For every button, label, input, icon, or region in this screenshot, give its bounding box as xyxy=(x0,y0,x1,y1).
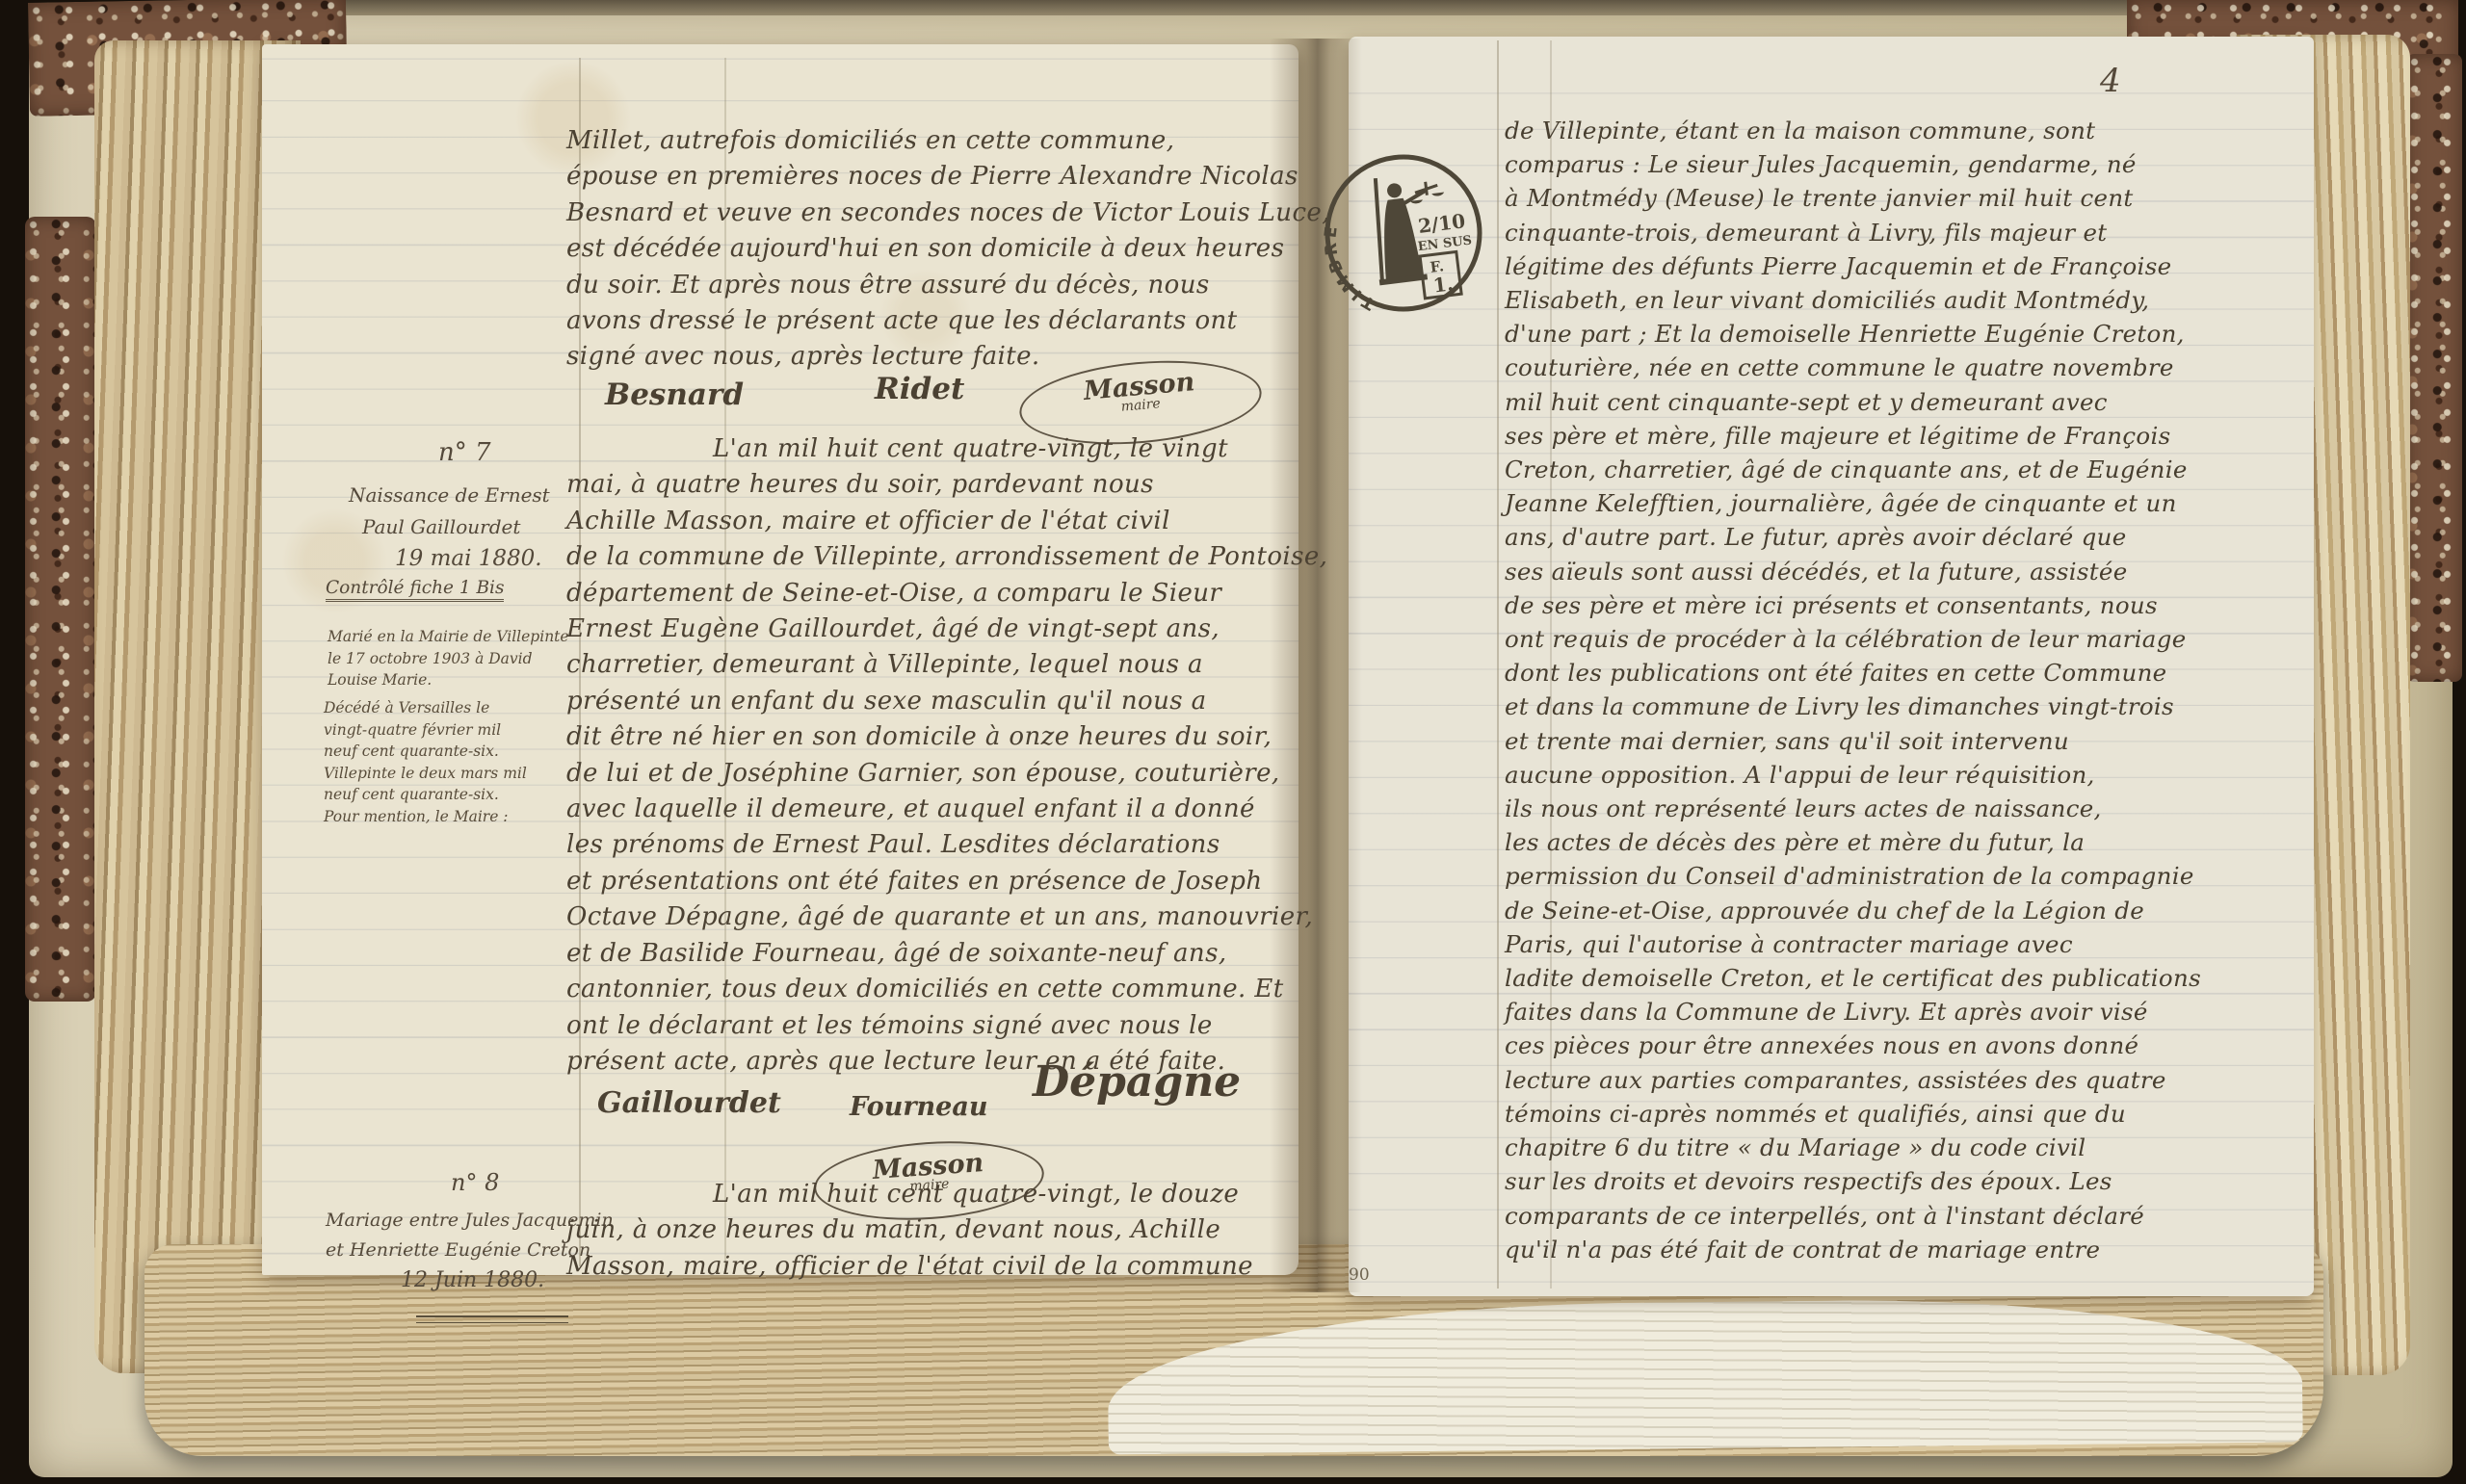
margin-line: Naissance de Ernest xyxy=(349,480,550,511)
margin-line: neuf cent quarante-six. xyxy=(324,741,527,763)
manuscript-line: témoins ci-après nommés et qualifiés, ai… xyxy=(1505,1097,2201,1131)
manuscript-line: ont requis de procéder à la célébration … xyxy=(1505,622,2201,656)
signature-ridet: Ridet xyxy=(875,372,964,406)
manuscript-line: comparus : Le sieur Jules Jacquemin, gen… xyxy=(1505,147,2201,181)
manuscript-line: Jeanne Kelefftien, journalière, âgée de … xyxy=(1505,486,2201,520)
margin-line: neuf cent quarante-six. xyxy=(324,784,527,806)
manuscript-line: Creton, charretier, âgé de cinquante ans… xyxy=(1505,453,2201,486)
manuscript-line: ont le déclarant et les témoins signé av… xyxy=(566,1008,1327,1044)
manuscript-line: aucune opposition. A l'appui de leur réq… xyxy=(1505,758,2201,792)
act7-margin-number: n° 7 xyxy=(438,438,491,467)
manuscript-line: Paris, qui l'autorise à contracter maria… xyxy=(1505,927,2201,961)
act7-margin-marriage-note: Marié en la Mairie de Villepintele 17 oc… xyxy=(328,626,569,691)
register-book-scan: Millet, autrefois domiciliés en cette co… xyxy=(0,0,2466,1484)
manuscript-line: L'an mil huit cent quatre-vingt, le douz… xyxy=(566,1177,1253,1212)
manuscript-line: Besnard et veuve en secondes noces de Vi… xyxy=(566,195,1330,231)
act8-continuation-text: de Villepinte, étant en la maison commun… xyxy=(1505,114,2201,1266)
signature-fourneau: Fourneau xyxy=(850,1092,988,1122)
manuscript-line: de ses père et mère ici présents et cons… xyxy=(1505,588,2201,622)
margin-line: vingt-quatre février mil xyxy=(324,719,527,742)
manuscript-line: et présentations ont été faites en prése… xyxy=(566,864,1327,899)
act8-body-text: L'an mil huit cent quatre-vingt, le douz… xyxy=(566,1177,1253,1285)
manuscript-line: couturière, née en cette commune le quat… xyxy=(1505,351,2201,384)
manuscript-line: les actes de décès des père et mère du f… xyxy=(1505,825,2201,859)
revenue-stamp-graphic: TIMBRE 2/10 EN SUS F. 1. xyxy=(1312,141,1495,325)
manuscript-line: et dans la commune de Livry les dimanche… xyxy=(1505,690,2201,723)
manuscript-line: est décédée aujourd'hui en son domicile … xyxy=(566,231,1330,267)
manuscript-line: Elisabeth, en leur vivant domiciliés aud… xyxy=(1505,283,2201,317)
manuscript-line: Achille Masson, maire et officier de l'é… xyxy=(566,504,1327,539)
manuscript-line: cantonnier, tous deux domiciliés en cett… xyxy=(566,972,1327,1007)
manuscript-line: avec laquelle il demeure, et auquel enfa… xyxy=(566,792,1327,827)
marbled-edge-left xyxy=(25,217,96,1002)
revenue-stamp: TIMBRE 2/10 EN SUS F. 1. xyxy=(1312,141,1495,325)
manuscript-line: et de Basilide Fourneau, âgé de soixante… xyxy=(566,936,1327,972)
manuscript-line: mai, à quatre heures du soir, pardevant … xyxy=(566,467,1327,503)
margin-line: Décédé à Versailles le xyxy=(324,697,527,719)
stamp-rate-value: 2/10 xyxy=(1417,209,1467,238)
manuscript-line: du soir. Et après nous être assuré du dé… xyxy=(566,268,1330,303)
manuscript-line: L'an mil huit cent quatre-vingt, le ving… xyxy=(566,431,1327,467)
manuscript-line: les prénoms de Ernest Paul. Lesdites déc… xyxy=(566,827,1327,863)
manuscript-line: de lui et de Joséphine Garnier, son épou… xyxy=(566,756,1327,792)
manuscript-line: et trente mai dernier, sans qu'il soit i… xyxy=(1505,724,2201,758)
manuscript-line: lecture aux parties comparantes, assisté… xyxy=(1505,1063,2201,1097)
manuscript-line: ses père et mère, fille majeure et légit… xyxy=(1505,419,2201,453)
act7-body-text: L'an mil huit cent quatre-vingt, le ving… xyxy=(566,431,1327,1080)
manuscript-line: comparants de ce interpellés, ont à l'in… xyxy=(1505,1199,2201,1233)
manuscript-line: ses aïeuls sont aussi décédés, et la fut… xyxy=(1505,555,2201,588)
manuscript-line: Masson, maire, officier de l'état civil … xyxy=(566,1249,1253,1285)
manuscript-line: ces pièces pour être annexées nous en av… xyxy=(1505,1028,2201,1062)
manuscript-line: ans, d'autre part. Le futur, après avoir… xyxy=(1505,520,2201,554)
signature-besnard: Besnard xyxy=(605,378,744,412)
manuscript-line: dit être né hier en son domicile à onze … xyxy=(566,719,1327,755)
manuscript-line: avons dressé le présent acte que les déc… xyxy=(566,303,1330,339)
margin-line: Pour mention, le Maire : xyxy=(324,806,527,828)
manuscript-line: dont les publications ont été faites en … xyxy=(1505,656,2201,690)
margin-line: Louise Marie. xyxy=(328,669,569,691)
manuscript-line: Octave Dépagne, âgé de quarante et un an… xyxy=(566,899,1327,935)
act8-margin-underline xyxy=(416,1315,568,1323)
manuscript-line: légitime des défunts Pierre Jacquemin et… xyxy=(1505,249,2201,283)
margin-line: Marié en la Mairie de Villepinte xyxy=(328,626,569,648)
manuscript-line: d'une part ; Et la demoiselle Henriette … xyxy=(1505,317,2201,351)
book-top-edge xyxy=(328,0,2138,15)
margin-line: Paul Gaillourdet xyxy=(349,511,550,543)
manuscript-line: épouse en premières noces de Pierre Alex… xyxy=(566,159,1330,195)
margin-line: le 17 octobre 1903 à David xyxy=(328,648,569,670)
margin-line: 19 mai 1880. xyxy=(349,543,550,575)
act7-margin-title: Naissance de ErnestPaul Gaillourdet19 ma… xyxy=(349,480,550,575)
folio-number: 90 xyxy=(1349,1265,1370,1285)
signature-gaillourdet: Gaillourdet xyxy=(597,1086,781,1120)
manuscript-line: département de Seine-et-Oise, a comparu … xyxy=(566,576,1327,612)
manuscript-line: permission du Conseil d'administration d… xyxy=(1505,859,2201,893)
manuscript-line: faites dans la Commune de Livry. Et aprè… xyxy=(1505,995,2201,1028)
stamp-amount: 1. xyxy=(1431,272,1455,297)
margin-line: Villepinte le deux mars mil xyxy=(324,763,527,785)
act8-margin-number: n° 8 xyxy=(451,1169,499,1196)
manuscript-line: de Villepinte, étant en la maison commun… xyxy=(1505,114,2201,147)
manuscript-line: Millet, autrefois domiciliés en cette co… xyxy=(566,123,1330,159)
manuscript-line: mil huit cent cinquante-sept et y demeur… xyxy=(1505,385,2201,419)
act-previous-end-text: Millet, autrefois domiciliés en cette co… xyxy=(566,123,1330,376)
manuscript-line: juin, à onze heures du matin, devant nou… xyxy=(566,1212,1253,1248)
marbled-edge-right xyxy=(2406,54,2462,682)
manuscript-line: charretier, demeurant à Villepinte, lequ… xyxy=(566,647,1327,683)
manuscript-line: cinquante-trois, demeurant à Livry, fils… xyxy=(1505,216,2201,249)
manuscript-line: chapitre 6 du titre « du Mariage » du co… xyxy=(1505,1131,2201,1164)
manuscript-line: présenté un enfant du sexe masculin qu'i… xyxy=(566,684,1327,719)
manuscript-line: à Montmédy (Meuse) le trente janvier mil… xyxy=(1505,181,2201,215)
manuscript-line: ladite demoiselle Creton, et le certific… xyxy=(1505,961,2201,995)
act7-margin-death-note: Décédé à Versailles levingt-quatre févri… xyxy=(324,697,527,827)
manuscript-line: Ernest Eugène Gaillourdet, âgé de vingt-… xyxy=(566,612,1327,647)
right-page-margin-rule-1 xyxy=(1497,40,1499,1289)
manuscript-line: sur les droits et devoirs respectifs des… xyxy=(1505,1164,2201,1198)
signature-depagne: Dépagne xyxy=(1033,1057,1241,1106)
act7-margin-control-note: Contrôlé fiche 1 Bis xyxy=(326,578,504,602)
manuscript-line: de la commune de Villepinte, arrondissem… xyxy=(566,539,1327,575)
manuscript-line: de Seine-et-Oise, approuvée du chef de l… xyxy=(1505,894,2201,927)
page-number: 4 xyxy=(2100,62,2121,100)
manuscript-line: qu'il n'a pas été fait de contrat de mar… xyxy=(1505,1233,2201,1266)
manuscript-line: ils nous ont représenté leurs actes de n… xyxy=(1505,792,2201,825)
